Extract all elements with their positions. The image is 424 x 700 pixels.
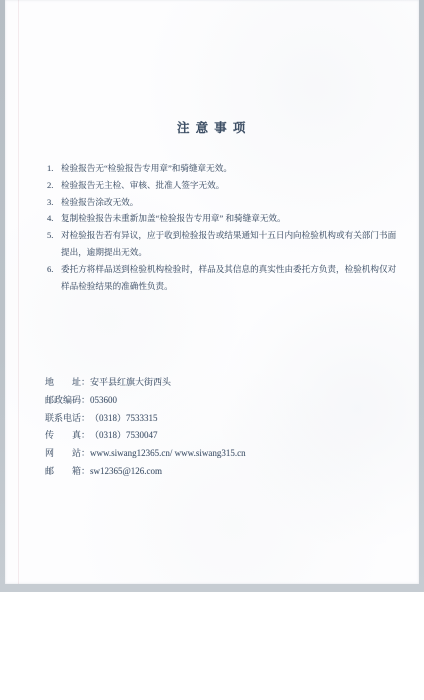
note-text: 检验报告涂改无效。 — [61, 194, 403, 211]
contact-address-row: 地 址： 安平县红旗大街西头 — [45, 374, 405, 392]
contact-label: 网 站： — [45, 445, 90, 463]
note-text: 检验报告无主检、审核、批准人签字无效。 — [61, 177, 403, 194]
note-number: 5. — [47, 227, 61, 261]
scanner-background: 注 意 事 项 1. 检验报告无“检验报告专用章”和骑缝章无效。 2. 检验报告… — [0, 0, 424, 592]
notice-item: 1. 检验报告无“检验报告专用章”和骑缝章无效。 — [47, 160, 403, 177]
notice-list: 1. 检验报告无“检验报告专用章”和骑缝章无效。 2. 检验报告无主检、审核、批… — [47, 160, 403, 294]
note-number: 6. — [47, 261, 61, 295]
scan-artifact-line — [18, 0, 19, 584]
contact-label: 联系电话： — [45, 410, 90, 428]
note-number: 3. — [47, 194, 61, 211]
paper-sheet: 注 意 事 项 1. 检验报告无“检验报告专用章”和骑缝章无效。 2. 检验报告… — [5, 0, 419, 584]
notice-item: 5. 对检验报告若有异议，应于收到检验报告或结果通知十五日内向检验机构或有关部门… — [47, 227, 403, 261]
contact-phone-row: 联系电话： （0318）7533315 — [45, 410, 405, 428]
contact-value: 053600 — [90, 392, 117, 410]
contact-value: （0318）7533315 — [90, 410, 158, 428]
note-text: 对检验报告若有异议，应于收到检验报告或结果通知十五日内向检验机构或有关部门书面提… — [61, 227, 403, 261]
contact-value: sw12365@126.com — [90, 463, 162, 481]
contact-value: 安平县红旗大街西头 — [90, 374, 171, 392]
note-text: 委托方将样品送到检验机构检验时，样品及其信息的真实性由委托方负责，检验机构仅对样… — [61, 261, 403, 295]
page-title: 注 意 事 项 — [5, 118, 419, 136]
note-text: 检验报告无“检验报告专用章”和骑缝章无效。 — [61, 160, 403, 177]
contact-website-row: 网 站： www.siwang12365.cn/ www.siwang315.c… — [45, 445, 405, 463]
contact-postal-code-row: 邮政编码： 053600 — [45, 392, 405, 410]
contact-label: 地 址： — [45, 374, 90, 392]
contact-value: （0318）7530047 — [90, 427, 158, 445]
contact-label: 邮 箱： — [45, 463, 90, 481]
scanned-document-viewport: 注 意 事 项 1. 检验报告无“检验报告专用章”和骑缝章无效。 2. 检验报告… — [0, 0, 424, 700]
notice-item: 3. 检验报告涂改无效。 — [47, 194, 403, 211]
note-number: 4. — [47, 210, 61, 227]
contact-info-block: 地 址： 安平县红旗大街西头 邮政编码： 053600 联系电话： （0318）… — [45, 374, 405, 481]
contact-email-row: 邮 箱： sw12365@126.com — [45, 463, 405, 481]
notice-item: 2. 检验报告无主检、审核、批准人签字无效。 — [47, 177, 403, 194]
note-number: 2. — [47, 177, 61, 194]
note-number: 1. — [47, 160, 61, 177]
contact-label: 传 真： — [45, 427, 90, 445]
contact-fax-row: 传 真： （0318）7530047 — [45, 427, 405, 445]
contact-value: www.siwang12365.cn/ www.siwang315.cn — [90, 445, 246, 463]
notice-item: 4. 复制检验报告未重新加盖“检验报告专用章” 和骑缝章无效。 — [47, 210, 403, 227]
notice-item: 6. 委托方将样品送到检验机构检验时，样品及其信息的真实性由委托方负责，检验机构… — [47, 261, 403, 295]
note-text: 复制检验报告未重新加盖“检验报告专用章” 和骑缝章无效。 — [61, 210, 403, 227]
contact-label: 邮政编码： — [45, 392, 90, 410]
